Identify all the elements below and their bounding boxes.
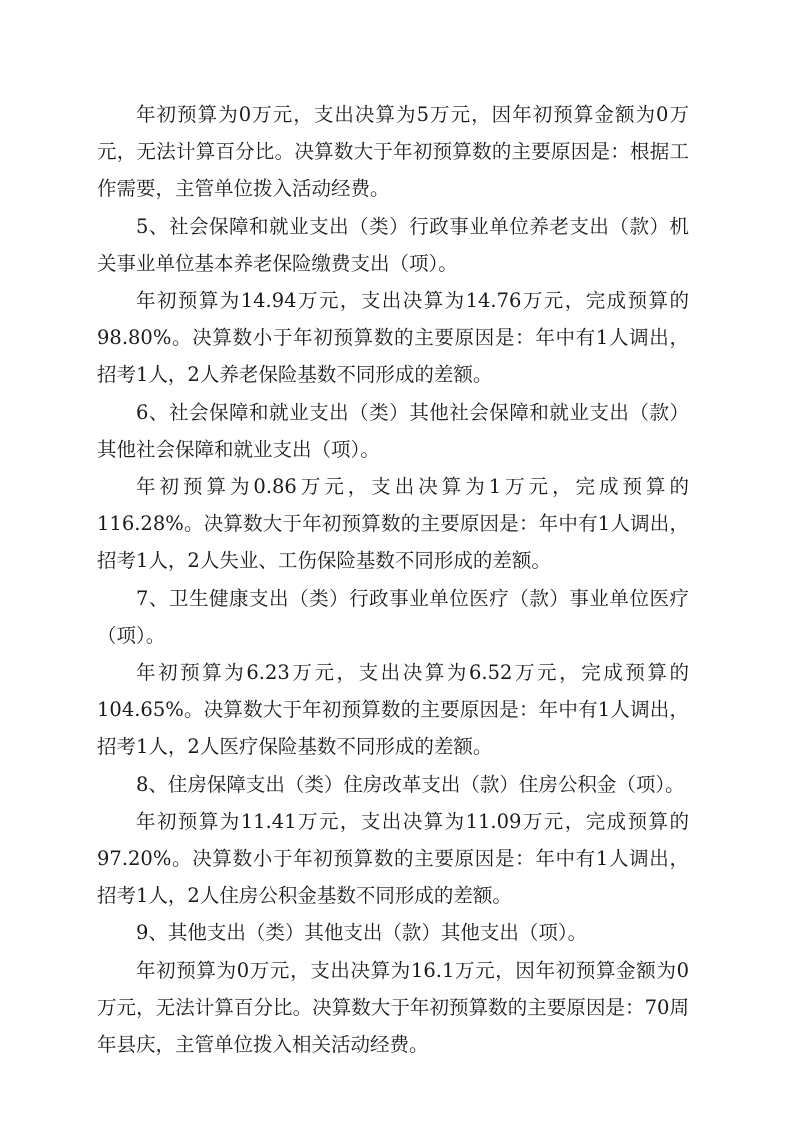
section-heading-8: 8、住房保障支出（类）住房改革支出（款）住房公积金（项）。: [97, 766, 689, 803]
body-paragraph-7: 年初预算为6.23万元，支出决算为6.52万元，完成预算的104.65%。决算数…: [97, 654, 689, 766]
body-paragraph-5: 年初预算为14.94万元，支出决算为14.76万元，完成预算的98.80%。决算…: [97, 282, 689, 394]
body-paragraph-item4-explanation: 年初预算为0万元，支出决算为5万元，因年初预算金额为0万元，无法计算百分比。决算…: [97, 96, 689, 208]
section-heading-5: 5、社会保障和就业支出（类）行政事业单位养老支出（款）机关事业单位基本养老保险缴…: [97, 208, 689, 282]
body-paragraph-6: 年初预算为0.86万元，支出决算为1万元，完成预算的116.28%。决算数大于年…: [97, 468, 689, 580]
section-heading-9: 9、其他支出（类）其他支出（款）其他支出（项）。: [97, 914, 689, 951]
body-paragraph-8: 年初预算为11.41万元，支出决算为11.09万元，完成预算的97.20%。决算…: [97, 803, 689, 915]
body-paragraph-9: 年初预算为0万元，支出决算为16.1万元，因年初预算金额为0万元，无法计算百分比…: [97, 952, 689, 1064]
document-page: 年初预算为0万元，支出决算为5万元，因年初预算金额为0万元，无法计算百分比。决算…: [97, 96, 689, 1063]
section-heading-6: 6、社会保障和就业支出（类）其他社会保障和就业支出（款）其他社会保障和就业支出（…: [97, 394, 689, 468]
section-heading-7: 7、卫生健康支出（类）行政事业单位医疗（款）事业单位医疗（项）。: [97, 580, 689, 654]
